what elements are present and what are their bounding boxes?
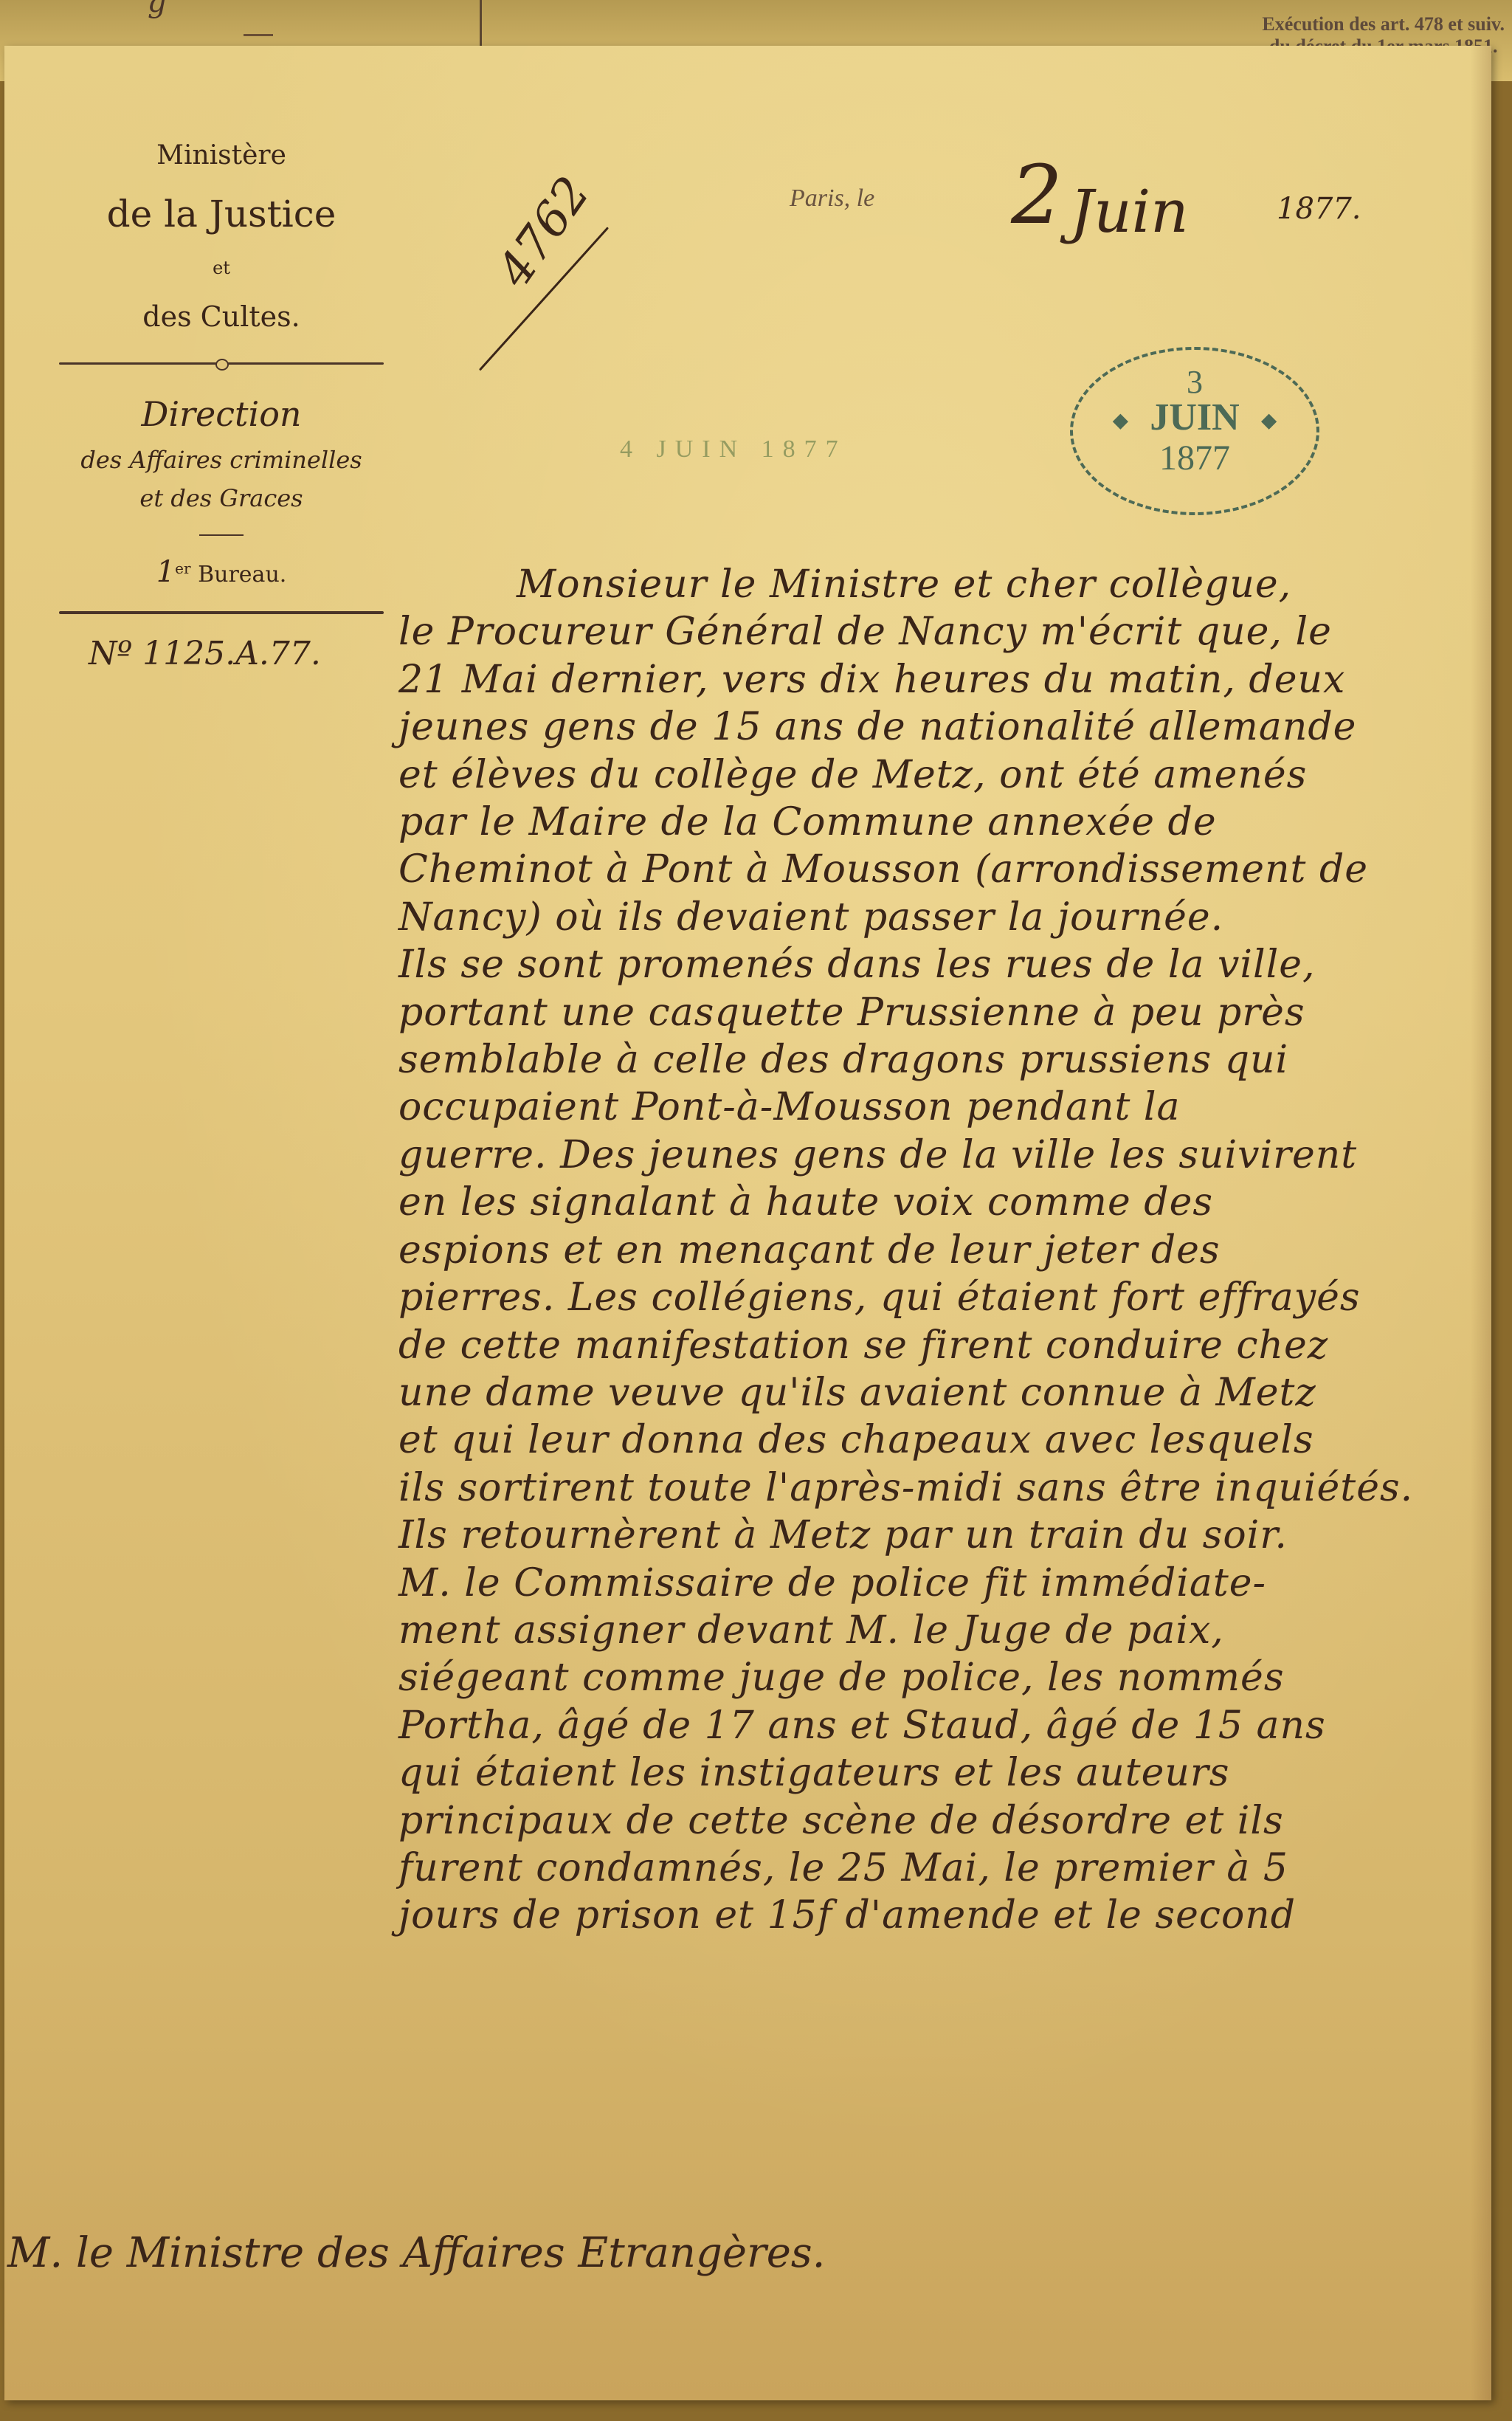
date-year: 1877. (1277, 192, 1361, 226)
bureau-suffix: er (175, 559, 190, 577)
letterhead-ministere: Ministère (59, 140, 384, 171)
letter-line: Ils retournèrent à Metz par un train du … (398, 1512, 1483, 1559)
letter-line: le Procureur Général de Nancy m'écrit qu… (398, 608, 1483, 655)
bureau-number: 1 (156, 555, 175, 589)
letterhead-et: et (59, 258, 384, 278)
letterhead-short-rule (199, 534, 244, 536)
letter-line: semblable à celle des dragons prussiens … (398, 1036, 1483, 1084)
diamond-ornament-icon: ◆ (1113, 410, 1128, 431)
letter-line: espions et en menaçant de leur jeter des (398, 1227, 1483, 1274)
oval-date-stamp: 3 ◆JUIN◆ 1877 (1070, 347, 1319, 515)
date-prefix: Paris, le (790, 185, 874, 213)
letter-line: 21 Mai dernier, vers dix heures du matin… (398, 656, 1483, 703)
letterhead-ornamental-rule (59, 362, 384, 365)
letterhead: Ministère de la Justice et des Cultes. D… (59, 125, 384, 672)
letterhead-affaires: des Affaires criminelles (59, 446, 384, 474)
date-day: 2 (1011, 148, 1063, 242)
letter-line: M. le Commissaire de police fit immédiat… (398, 1560, 1483, 1607)
letter-line: et élèves du collège de Metz, ont été am… (398, 751, 1483, 799)
letter-line: ils sortirent toute l'après-midi sans êt… (398, 1464, 1483, 1512)
stamp-month-row: ◆JUIN◆ (1073, 399, 1316, 440)
letter-line: Cheminot à Pont à Mousson (arrondissemen… (398, 846, 1483, 893)
dateline: Paris, le 2 Juin 1877. (790, 148, 1365, 295)
letter-line: une dame veuve qu'ils avaient connue à M… (398, 1369, 1483, 1416)
printed-note-line-1: Exécution des art. 478 et suiv. (1262, 13, 1505, 35)
letter-line: furent condamnés, le 25 Mai, le premier … (398, 1845, 1483, 1892)
letter-line: et qui leur donna des chapeaux avec lesq… (398, 1416, 1483, 1464)
letterhead-direction: Direction (59, 394, 384, 434)
letterhead-cultes: des Cultes. (59, 300, 384, 333)
stamp-year: 1877 (1073, 440, 1316, 477)
letter-line: qui étaient les instigateurs et les aute… (398, 1749, 1483, 1797)
letter-line: Monsieur le Ministre et cher collègue, (398, 561, 1483, 608)
letter-line: ment assigner devant M. le Juge de paix, (398, 1607, 1483, 1654)
letterhead-bureau: 1er Bureau. (59, 555, 384, 589)
letter-line: guerre. Des jeunes gens de la ville les … (398, 1132, 1483, 1179)
letter-line: jeunes gens de 15 ans de nationalité all… (398, 703, 1483, 751)
diamond-ornament-icon: ◆ (1262, 410, 1277, 431)
letterhead-bottom-rule (59, 611, 384, 614)
addressee-line: M. le Ministre des Affaires Etrangères. (7, 2229, 825, 2277)
reference-number: Nº 1125.A.77. (59, 635, 384, 672)
date-month: Juin (1070, 177, 1189, 246)
faint-date-stamp: 4 JUIN 1877 (620, 435, 847, 464)
letter-line: occupaient Pont-à-Mousson pendant la (398, 1084, 1483, 1131)
letter-line: en les signalant à haute voix comme des (398, 1179, 1483, 1226)
letter-line: Nancy) où ils devaient passer la journée… (398, 894, 1483, 941)
letterhead-justice: de la Justice (59, 193, 384, 235)
letter-line: portant une casquette Prussienne à peu p… (398, 989, 1483, 1036)
underlying-dash (244, 34, 273, 36)
letter-line: pierres. Les collégiens, qui étaient for… (398, 1274, 1483, 1321)
letterhead-graces: et des Graces (59, 484, 384, 512)
letter-line: par le Maire de la Commune annexée de (398, 799, 1483, 846)
letter-body: Monsieur le Ministre et cher collègue, l… (398, 561, 1483, 1940)
bureau-label: Bureau. (198, 562, 286, 588)
letter-line: Portha, âgé de 17 ans et Staud, âgé de 1… (398, 1702, 1483, 1749)
stamp-month: JUIN (1150, 396, 1239, 438)
letter-line: Ils se sont promenés dans les rues de la… (398, 941, 1483, 988)
underlying-handwriting: g (148, 0, 167, 19)
letter-line: de cette manifestation se firent conduir… (398, 1322, 1483, 1369)
letter-line: siégeant comme juge de police, les nommé… (398, 1654, 1483, 1701)
stamp-day: 3 (1073, 366, 1316, 399)
letter-line: jours de prison et 15f d'amende et le se… (398, 1892, 1483, 1939)
letter-line: principaux de cette scène de désordre et… (398, 1797, 1483, 1845)
